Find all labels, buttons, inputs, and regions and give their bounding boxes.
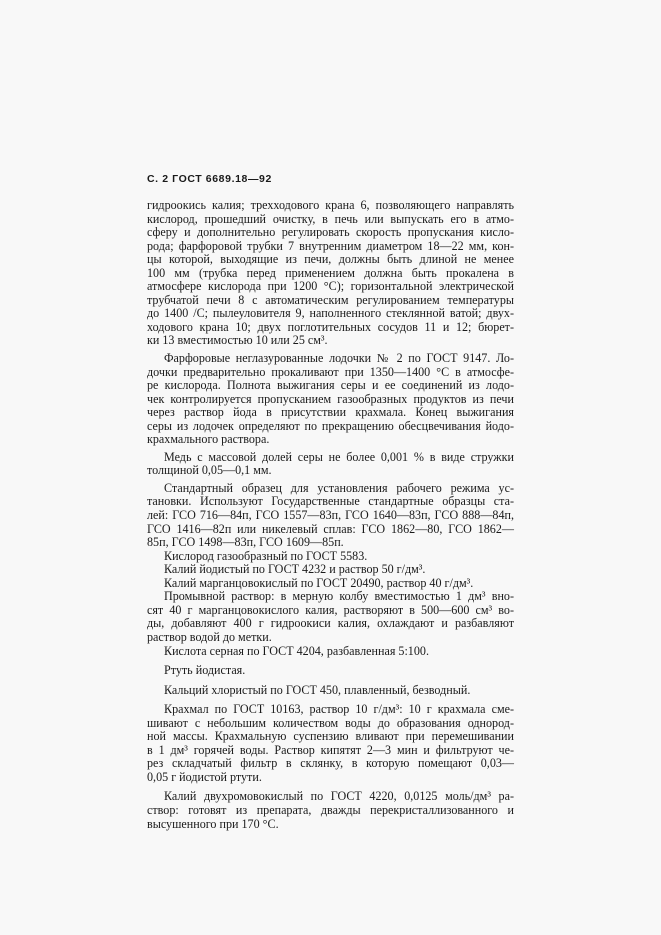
text-line: цы которой, выходящие из печи, должны бы… bbox=[147, 253, 514, 267]
text-line: тановки. Используют Государственные стан… bbox=[147, 495, 514, 509]
text-line: Промывной раствор: в мерную колбу вмести… bbox=[147, 590, 514, 604]
paragraph-wash-solution: Промывной раствор: в мерную колбу вмести… bbox=[147, 590, 514, 644]
page-header: С. 2 ГОСТ 6689.18—92 bbox=[147, 173, 272, 185]
text-line: Калий двухромовокислый по ГОСТ 4220, 0,0… bbox=[147, 790, 514, 804]
paragraph-starch: Крахмал по ГОСТ 10163, раствор 10 г/дм³:… bbox=[147, 703, 514, 784]
text-line: Медь с массовой долей серы не более 0,00… bbox=[147, 451, 514, 465]
text-line: дочки предварительно прокаливают при 135… bbox=[147, 366, 514, 380]
text-line: ды, добавляют 400 г гидроокиси калия, ох… bbox=[147, 617, 514, 631]
paragraph-apparatus: гидроокись калия; трехходового крана 6, … bbox=[147, 199, 514, 348]
text-line: ре кислорода. Полнота выжигания серы и е… bbox=[147, 379, 514, 393]
text-line: Крахмал по ГОСТ 10163, раствор 10 г/дм³:… bbox=[147, 703, 514, 717]
text-line: ной массы. Крахмальную суспензию вливают… bbox=[147, 730, 514, 744]
text-line: рез складчатый фильтр в склянку, в котор… bbox=[147, 757, 514, 771]
paragraph-mercury-iodide: Ртуть йодистая. bbox=[147, 664, 514, 678]
paragraph-standard-sample: Стандартный образец для установления раб… bbox=[147, 482, 514, 550]
text-line: 85п, ГСО 1498—83п, ГСО 1609—85п. bbox=[147, 536, 514, 550]
text-line: рода; фарфоровой трубки 7 внутренним диа… bbox=[147, 240, 514, 254]
text-line: трубчатой печи 8 с автоматическим регули… bbox=[147, 294, 514, 308]
text-line: чек контролируется пропусканием газообра… bbox=[147, 393, 514, 407]
text-line: серы из лодочек определяют по прекращени… bbox=[147, 420, 514, 434]
text-line: высушенного при 170 °С. bbox=[147, 818, 514, 832]
text-line: до 1400 /С; пылеуловителя 9, наполненног… bbox=[147, 307, 514, 321]
text-line: Ртуть йодистая. bbox=[147, 664, 514, 678]
paragraph-potassium-dichromate: Калий двухромовокислый по ГОСТ 4220, 0,0… bbox=[147, 790, 514, 831]
text-line: Фарфоровые неглазурованные лодочки № 2 п… bbox=[147, 352, 514, 366]
text-line: 0,05 г йодистой ртути. bbox=[147, 771, 514, 785]
text-line: крахмального раствора. bbox=[147, 433, 514, 447]
text-line: Кислота серная по ГОСТ 4204, разбавленна… bbox=[147, 645, 514, 659]
text-line: створ: готовят из препарата, дважды пере… bbox=[147, 804, 514, 818]
text-line: через раствор йода в присутствии крахмал… bbox=[147, 406, 514, 420]
text-line: 100 мм (трубка перед применением должна … bbox=[147, 267, 514, 281]
text-line: ки 13 вместимостью 10 или 25 см³. bbox=[147, 334, 514, 348]
text-line: гидроокись калия; трехходового крана 6, … bbox=[147, 199, 514, 213]
text-line: толщиной 0,05—0,1 мм. bbox=[147, 464, 514, 478]
text-line: лей: ГСО 716—84п, ГСО 1557—83п, ГСО 1640… bbox=[147, 509, 514, 523]
text-line: сят 40 г марганцовокислого калия, раство… bbox=[147, 604, 514, 618]
text-line: ГСО 1416—82п или никелевый сплав: ГСО 18… bbox=[147, 523, 514, 537]
text-line: кислород, прошедший очистку, в печь или … bbox=[147, 213, 514, 227]
paragraph-potassium-iodide: Калий йодистый по ГОСТ 4232 и раствор 50… bbox=[147, 563, 514, 577]
text-line: Стандартный образец для установления раб… bbox=[147, 482, 514, 496]
text-line: шивают с небольшим количеством воды до о… bbox=[147, 717, 514, 731]
text-line: Кислород газообразный по ГОСТ 5583. bbox=[147, 550, 514, 564]
document-body: гидроокись калия; трехходового крана 6, … bbox=[147, 199, 514, 831]
paragraph-potassium-permanganate: Калий марганцовокислый по ГОСТ 20490, ра… bbox=[147, 577, 514, 591]
text-line: ходового крана 10; двух поглотительных с… bbox=[147, 321, 514, 335]
text-line: в 1 дм³ горячей воды. Раствор кипятят 2—… bbox=[147, 744, 514, 758]
text-line: сферу и дополнительно регулировать скоро… bbox=[147, 226, 514, 240]
paragraph-oxygen: Кислород газообразный по ГОСТ 5583. bbox=[147, 550, 514, 564]
paragraph-calcium-chloride: Кальций хлористый по ГОСТ 450, плавленны… bbox=[147, 684, 514, 698]
text-line: раствор водой до метки. bbox=[147, 631, 514, 645]
text-line: Калий марганцовокислый по ГОСТ 20490, ра… bbox=[147, 577, 514, 591]
text-line: Калий йодистый по ГОСТ 4232 и раствор 50… bbox=[147, 563, 514, 577]
text-line: атмосфере кислорода при 1200 °С); горизо… bbox=[147, 280, 514, 294]
paragraph-sulfuric-acid: Кислота серная по ГОСТ 4204, разбавленна… bbox=[147, 645, 514, 659]
text-line: Кальций хлористый по ГОСТ 450, плавленны… bbox=[147, 684, 514, 698]
paragraph-porcelain-boats: Фарфоровые неглазурованные лодочки № 2 п… bbox=[147, 352, 514, 447]
paragraph-copper: Медь с массовой долей серы не более 0,00… bbox=[147, 451, 514, 478]
